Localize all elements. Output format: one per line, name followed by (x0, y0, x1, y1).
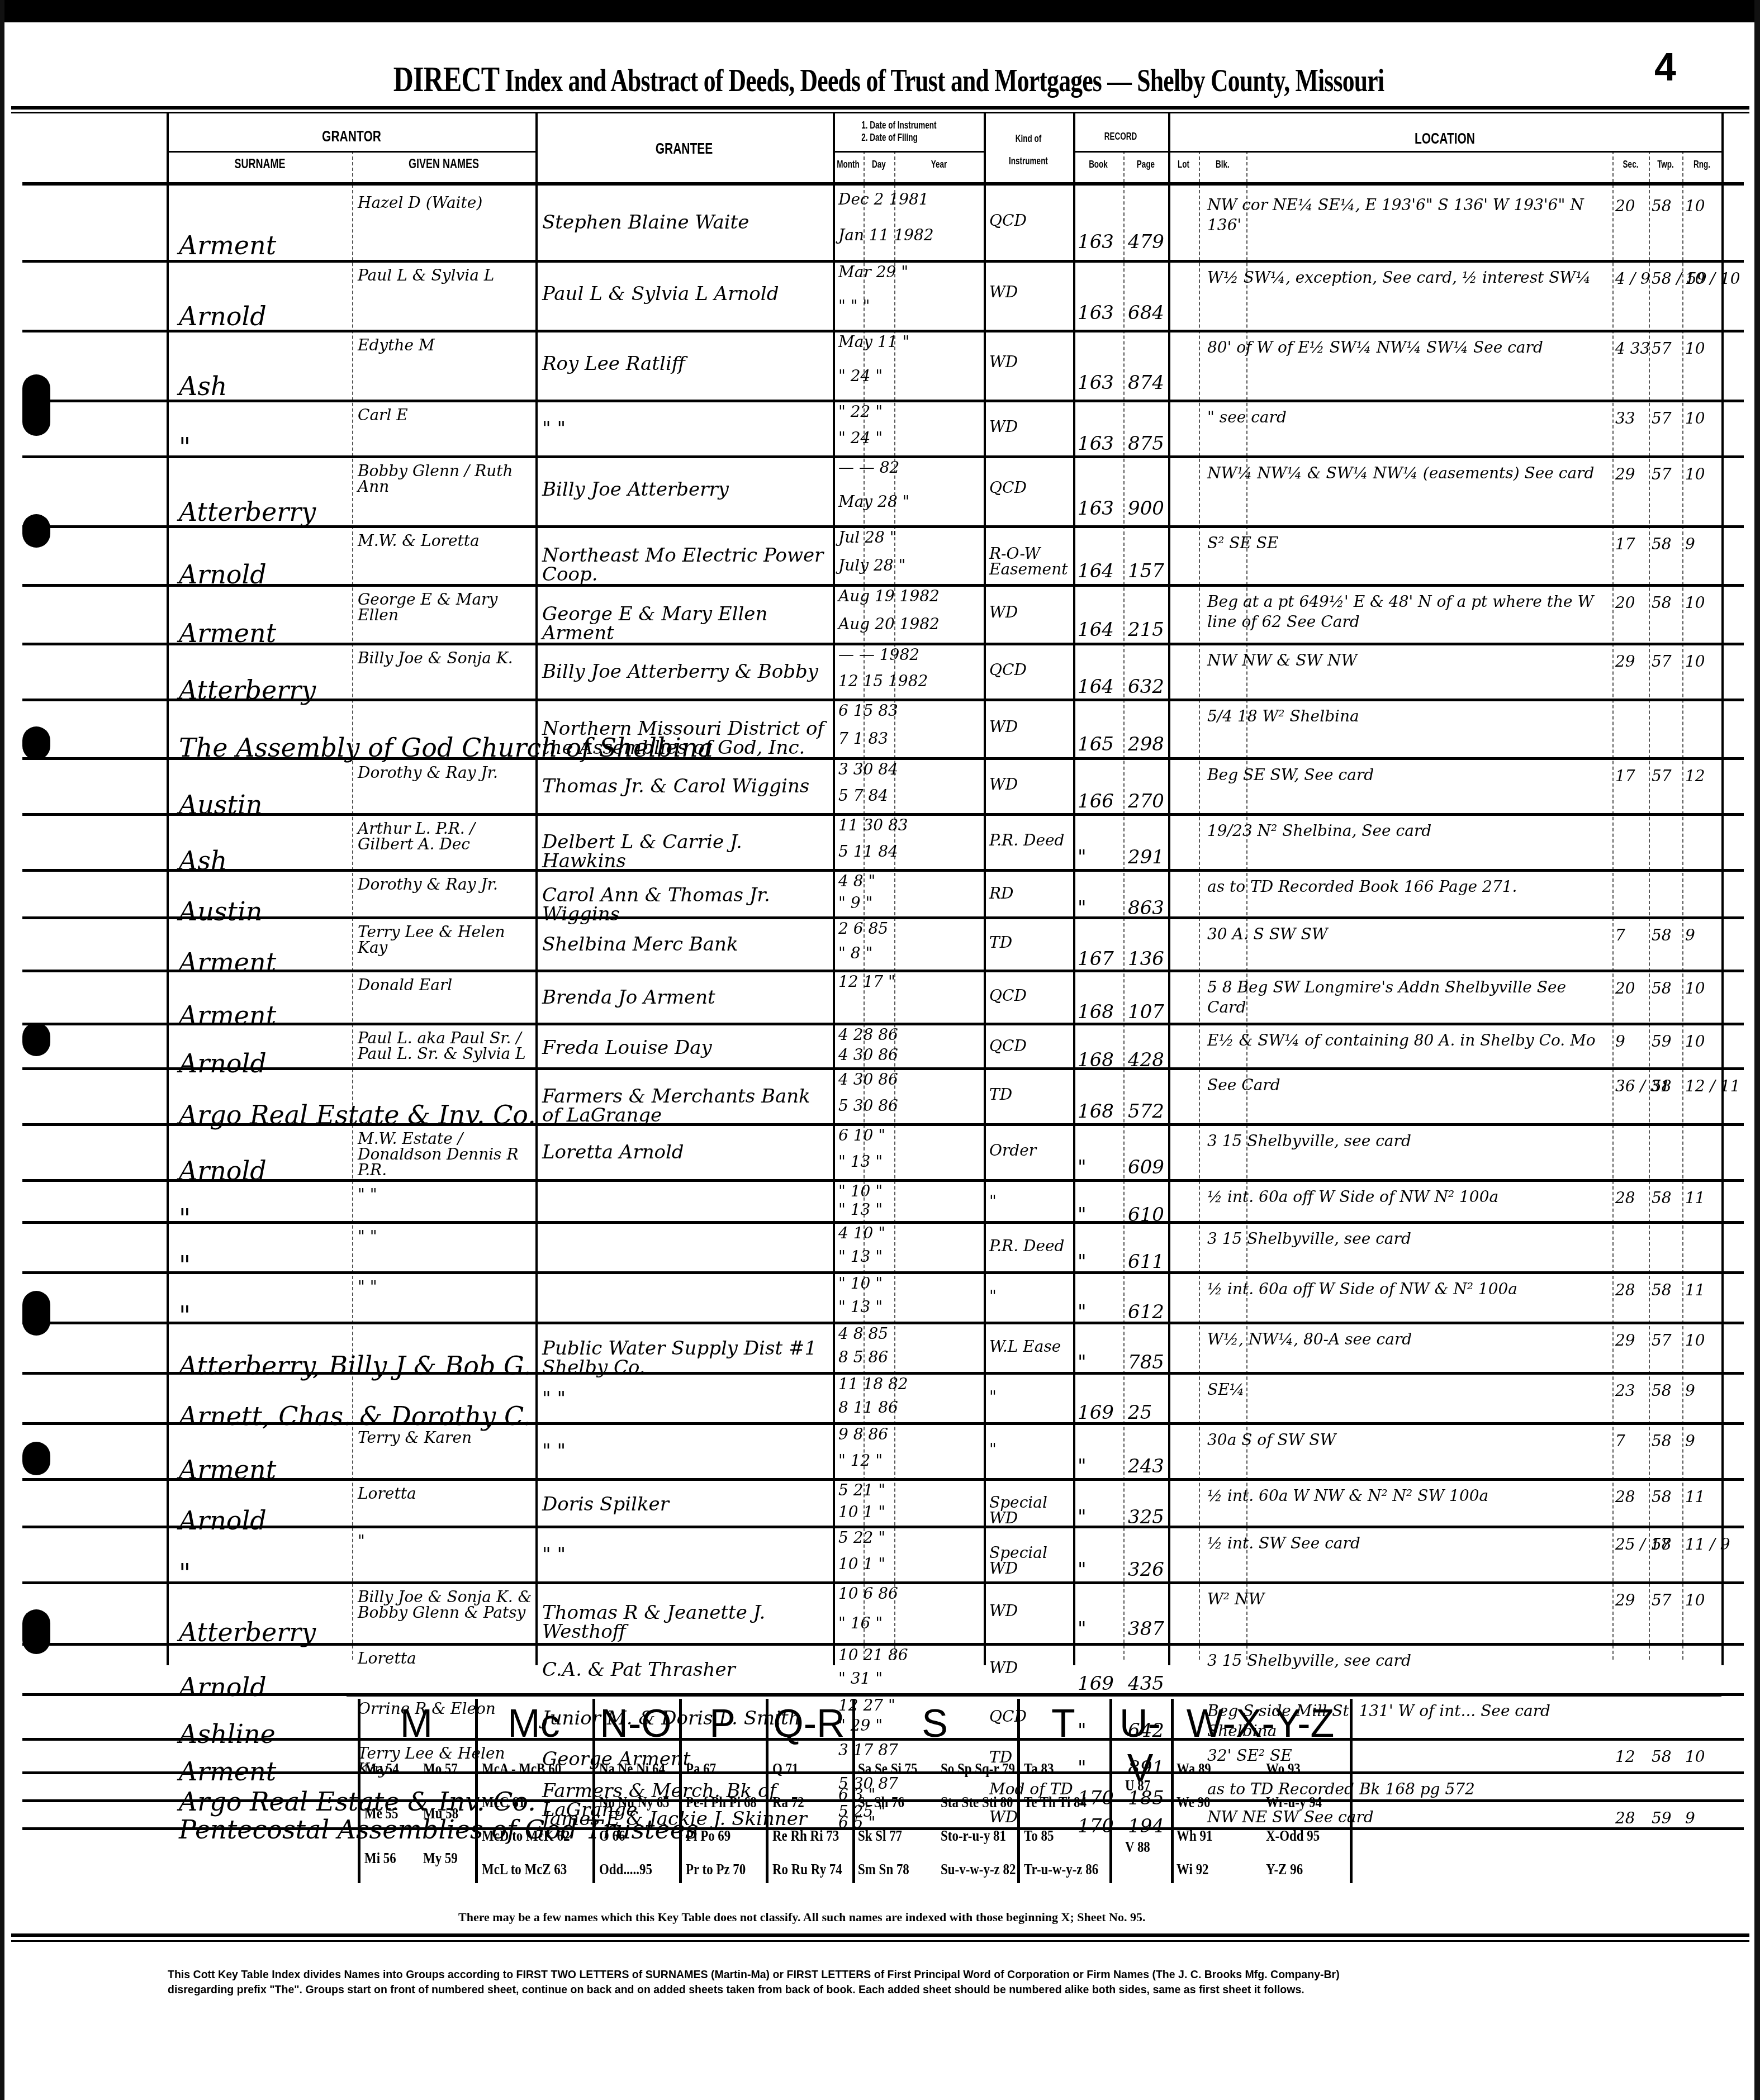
deed-index-page: DIRECT Index and Abstract of Deeds, Deed… (0, 0, 1760, 2100)
binder-hole (22, 1023, 50, 1056)
col-divider-book-page (1123, 151, 1125, 1660)
record-book: 168 (1078, 1102, 1114, 1121)
kind-of-instrument: QCD (989, 662, 1027, 678)
record-book: 169 (1078, 1674, 1114, 1693)
kind-of-instrument: Special WD (989, 1495, 1073, 1526)
grantor-surname: Arnold (179, 1051, 267, 1076)
grantee: " " (542, 419, 566, 438)
grantor-surname: Ash (179, 373, 227, 399)
col-divider-surname-given (352, 151, 353, 1660)
title-direct: DIRECT (393, 59, 499, 99)
record-book: 167 (1078, 949, 1114, 968)
grantee: Northeast Mo Electric Power Coop. (542, 546, 830, 584)
record-page: 326 (1128, 1560, 1164, 1579)
date-of-instrument: Aug 19 1982 (838, 588, 940, 604)
location-section: 20 (1615, 981, 1635, 996)
date-of-instrument: Jul 28 " (838, 530, 897, 545)
location-description: S² SE SE (1207, 533, 1278, 553)
kind-of-instrument: WD (989, 354, 1018, 370)
key-group-item: Mo 57 (423, 1760, 458, 1778)
header-location: LOCATION (1237, 130, 1653, 148)
location-township: 58 (1652, 1282, 1672, 1298)
grantor-given-names: " " (358, 1229, 377, 1244)
grantee: Paul L & Sylvia L Arnold (542, 284, 779, 303)
grantee: Delbert L & Carrie J. Hawkins (542, 833, 830, 871)
location-township: 58 (1652, 1433, 1672, 1449)
kind-of-instrument: " (989, 1442, 997, 1457)
kind-of-instrument: W.L Ease (989, 1339, 1061, 1355)
record-book: 163 (1078, 434, 1114, 453)
header-date-instrument: 1. Date of Instrument (853, 120, 975, 131)
date-of-filing: " 8 " (838, 946, 872, 961)
grantor-given-names: " " (358, 1279, 377, 1295)
grantee: Billy Joe Atterberry & Bobby (542, 662, 818, 681)
col-divider-left (167, 112, 169, 1665)
grantor-surname: " (179, 1252, 191, 1278)
date-of-filing: 12 15 1982 (838, 673, 928, 689)
grantor-given-names: Loretta (358, 1486, 416, 1502)
kind-of-instrument: RD (989, 886, 1014, 901)
record-book: " (1078, 1619, 1087, 1638)
col-divider-grantor-grantee (535, 112, 538, 1665)
location-range: 10 (1685, 654, 1705, 669)
record-page: 325 (1128, 1508, 1164, 1527)
location-range: 11 (1685, 1190, 1705, 1206)
grantee: C.A. & Pat Thrasher (542, 1660, 736, 1679)
location-township: 58 (1652, 198, 1672, 214)
header-twp: Twp. (1653, 159, 1678, 170)
location-township: 57 (1652, 1593, 1672, 1608)
location-range: 10 (1685, 1333, 1705, 1348)
key-group-item: Wi 92 (1177, 1861, 1209, 1878)
location-range: 11 (1685, 1282, 1705, 1298)
key-group-item: Sa Se Si 75 (858, 1760, 918, 1778)
grantor-given-names: Terry Lee & Helen Kay (358, 924, 534, 956)
key-group-item: Sto-r-u-y 81 (941, 1827, 1006, 1845)
grantee: Roy Lee Ratliff (542, 354, 685, 373)
location-township: 57 (1652, 467, 1672, 482)
kind-of-instrument: WD (989, 284, 1018, 300)
row-rule (22, 400, 1744, 402)
date-of-filing: " 13 " (838, 1299, 883, 1315)
col-divider-desc-sec (1612, 151, 1614, 1660)
date-of-instrument: Mar 29 " (838, 264, 908, 280)
location-range: 10 (1685, 981, 1705, 996)
location-description: 5 8 Beg SW Longmire's Addn Shelbyville S… (1207, 977, 1610, 1018)
record-book: " (1078, 1457, 1087, 1476)
key-group-heading: M (358, 1701, 475, 1746)
date-of-filing: " 24 " (838, 368, 883, 384)
location-description: ½ int. 60a off W Side of NW & N² 100a (1207, 1279, 1517, 1299)
grantee: Loretta Arnold (542, 1143, 684, 1162)
key-group-item: Pe-f Ph Pi 68 (686, 1794, 757, 1811)
grantor-given-names: Paul L & Sylvia L (358, 268, 494, 283)
kind-of-instrument: Special WD (989, 1545, 1073, 1576)
record-page: 684 (1128, 303, 1164, 322)
header-year: Year (905, 159, 972, 170)
location-township: 57 (1652, 341, 1672, 357)
location-range: 9 (1685, 1383, 1695, 1399)
col-divider-grantee-date (833, 112, 835, 1665)
grantee: George E & Mary Ellen Arment (542, 605, 830, 643)
grantee: " " (542, 1545, 566, 1564)
location-section: 28 (1615, 1489, 1635, 1505)
grantee: Shelbina Merc Bank (542, 935, 738, 954)
row-rule (22, 1179, 1744, 1182)
col-divider-record-location (1168, 112, 1170, 1665)
record-page: 612 (1128, 1303, 1164, 1322)
key-group-item: Sk Sl 77 (858, 1827, 902, 1845)
record-book: " (1078, 1158, 1087, 1177)
location-description: 80' of W of E½ SW¼ NW¼ SW¼ See card (1207, 338, 1543, 358)
location-description: E½ & SW¼ of containing 80 A. in Shelby C… (1207, 1030, 1596, 1051)
kind-of-instrument: WD (989, 1660, 1018, 1676)
grantor-given-names: Billy Joe & Sonja K. & Bobby Glenn & Pat… (358, 1589, 534, 1621)
grantor-surname: Ashline (179, 1721, 276, 1747)
location-range: 11 (1685, 1489, 1705, 1505)
grantor-given-names: Paul L. aka Paul Sr. / Paul L. Sr. & Syl… (358, 1030, 534, 1062)
grantor-surname: Arnold (179, 303, 267, 329)
binder-hole (22, 374, 50, 436)
col-divider-right (1721, 112, 1724, 1665)
date-of-instrument: 4 8 " (838, 873, 875, 889)
date-of-instrument: 4 30 86 (838, 1072, 898, 1087)
key-group-item: Pr to Pz 70 (686, 1861, 746, 1878)
grantee: Brenda Jo Arment (542, 988, 715, 1007)
col-divider-date-kind (984, 112, 986, 1665)
grantee: Thomas Jr. & Carol Wiggins (542, 777, 809, 796)
date-of-filing: Jan 11 1982 (838, 227, 934, 243)
location-range: 10 (1685, 1034, 1705, 1049)
date-of-filing: 8 5 86 (838, 1350, 888, 1365)
date-of-filing: " 12 " (838, 1453, 883, 1469)
grantor-given-names: Edythe M (358, 338, 435, 353)
header-grantee: GRANTEE (573, 140, 796, 158)
kind-of-instrument: TD (989, 1087, 1012, 1103)
location-township: 59 (1652, 1034, 1672, 1049)
header-rule-top-2 (11, 112, 1749, 113)
grantee: Freda Louise Day (542, 1038, 712, 1057)
grantee: Doris Spilker (542, 1495, 669, 1514)
location-description: 30 A. S SW SW (1207, 924, 1327, 944)
binder-hole (22, 1609, 50, 1654)
record-book: " (1078, 1252, 1087, 1271)
key-group-item: No Nu Ny 65 (599, 1794, 670, 1811)
grantor-sub-rule (168, 151, 535, 153)
location-township: 57 (1652, 411, 1672, 426)
date-of-instrument: 5 22 " (838, 1530, 885, 1546)
record-page: 298 (1128, 735, 1164, 754)
header-kind-of: Kind of (995, 133, 1062, 145)
record-sub-rule (1073, 151, 1168, 153)
record-page: 874 (1128, 373, 1164, 392)
date-of-filing: 10 1 " (838, 1504, 885, 1520)
location-description: W½ SW¼, exception, See card, ½ interest … (1207, 268, 1591, 288)
grantor-given-names: Bobby Glenn / Ruth Ann (358, 463, 534, 495)
date-of-filing: 5 30 86 (838, 1098, 898, 1114)
key-group-item: Mu 58 (423, 1805, 458, 1822)
location-description: " see card (1207, 407, 1287, 427)
location-section: 23 (1615, 1383, 1635, 1399)
grantee: Farmers & Merchants Bank of LaGrange (542, 1087, 830, 1125)
kind-of-instrument: QCD (989, 480, 1027, 496)
grantee: " " (542, 1442, 566, 1461)
key-group-heading: N-O (592, 1701, 679, 1746)
key-group-heading: T (1017, 1701, 1109, 1746)
grantor-given-names: Terry & Karen (358, 1430, 472, 1446)
date-of-instrument: 10 21 86 (838, 1647, 908, 1663)
header-book: Book (1079, 159, 1117, 170)
key-group-item: My 59 (423, 1850, 458, 1867)
date-of-filing: " 13 " (838, 1202, 883, 1218)
grantor-surname: Arnold (179, 1508, 267, 1533)
key-group-item: Su-v-w-y-z 82 (941, 1861, 1016, 1878)
location-section: 17 (1615, 768, 1635, 784)
location-section: 7 (1615, 928, 1625, 943)
location-description: 3 15 Shelbyville, see card (1207, 1229, 1411, 1249)
grantor-surname: Arnold (179, 1674, 267, 1700)
key-group-item: Te Th Ti 84 (1024, 1794, 1087, 1811)
header-instrument: Instrument (995, 155, 1062, 167)
kind-of-instrument: QCD (989, 1038, 1027, 1054)
date-of-filing: 5 7 84 (838, 788, 888, 804)
date-of-instrument: 6 10 " (838, 1128, 885, 1143)
key-group-item: Pl Po 69 (686, 1827, 730, 1845)
location-township: 58 (1652, 595, 1672, 611)
record-book: " (1078, 1303, 1087, 1322)
grantor-given-names: " (358, 1533, 365, 1549)
key-group-item: McD to McK 62 (482, 1827, 570, 1845)
location-sub-rule (1168, 151, 1721, 153)
location-township: 58 (1652, 928, 1672, 943)
grantor-surname: Atterberry, Billy J & Bob G. (179, 1353, 532, 1379)
location-township: 59 (1652, 1811, 1672, 1826)
key-group-item: V 88 (1125, 1838, 1150, 1856)
title-rest: Index and Abstract of Deeds, Deeds of Tr… (505, 64, 1384, 98)
location-section: 28 (1615, 1190, 1635, 1206)
footer-line-1: This Cott Key Table Index divides Names … (168, 1967, 1498, 1982)
date-of-filing: 8 11 86 (838, 1400, 898, 1415)
key-group-item: We 90 (1177, 1794, 1211, 1811)
location-township: 58 (1652, 1078, 1672, 1094)
date-of-instrument: Dec 2 1981 (838, 192, 929, 207)
key-table-rule-bottom-2 (11, 1940, 1749, 1942)
location-description: 5/4 18 W² Shelbina (1207, 706, 1359, 726)
location-range: 10 (1685, 467, 1705, 482)
location-township: 58 (1652, 1749, 1672, 1765)
key-group-item: Ma 54 (364, 1760, 399, 1778)
record-book: 164 (1078, 620, 1114, 639)
date-of-instrument: " 10 " (838, 1184, 883, 1199)
key-group-heading: Mc (475, 1701, 592, 1746)
location-range: 10 (1685, 341, 1705, 357)
location-description: Beg SE SW, See card (1207, 765, 1374, 785)
record-book: " (1078, 1508, 1087, 1527)
header-date-filing: 2. Date of Filing (853, 132, 975, 144)
key-group-item: McA - McB 60 (482, 1760, 561, 1778)
location-township: 57 (1652, 654, 1672, 669)
record-book: 164 (1078, 562, 1114, 581)
location-township: 58 (1652, 1190, 1672, 1206)
key-table: MMa 54Me 55Mi 56Mo 57Mu 58My 59McMcA - M… (358, 1699, 1414, 1900)
location-section: 33 (1615, 411, 1635, 426)
location-section: 29 (1615, 467, 1635, 482)
header-month: Month (837, 159, 860, 170)
kind-of-instrument: " (989, 1389, 997, 1405)
location-range: 9 (1685, 1811, 1695, 1826)
header-given-names: GIVEN NAMES (375, 156, 513, 172)
record-page: 863 (1128, 899, 1164, 918)
location-township: 58 (1652, 536, 1672, 552)
kind-of-instrument: " (989, 1194, 997, 1209)
header-blk: Blk. (1205, 159, 1241, 170)
date-of-filing: 7 1 83 (838, 731, 888, 747)
record-page: 243 (1128, 1457, 1164, 1476)
key-group-item: Pa 67 (686, 1760, 716, 1778)
key-group-item: X-Odd 95 (1266, 1827, 1320, 1845)
key-group-item: Mi 56 (364, 1850, 396, 1867)
date-of-filing: " 13 " (838, 1249, 883, 1265)
location-description: NW cor NE¼ SE¼, E 193'6" S 136' W 193'6"… (1207, 195, 1610, 236)
key-group-item: To 85 (1024, 1827, 1054, 1845)
col-divider-kind-record (1073, 112, 1075, 1665)
record-book: " (1078, 1560, 1087, 1579)
grantee: " " (542, 1389, 566, 1408)
grantor-given-names: Billy Joe & Sonja K. (358, 650, 513, 666)
grantee: Northern Missouri District of the Assemb… (542, 719, 830, 757)
kind-of-instrument: WD (989, 1603, 1018, 1619)
grantee: Stephen Blaine Waite (542, 213, 749, 232)
date-of-filing: 4 30 86 (838, 1047, 898, 1063)
kind-of-instrument: P.R. Deed (989, 833, 1064, 848)
date-of-filing: " 13 " (838, 1154, 883, 1170)
header-page: Page (1129, 159, 1163, 170)
footer-line-2: disregarding prefix "The". Groups start … (168, 1982, 1498, 1997)
date-of-instrument: 11 30 83 (838, 818, 908, 833)
grantor-given-names: Loretta (358, 1651, 416, 1666)
date-of-filing: " 24 " (838, 430, 883, 446)
key-group-item: Sta Ste Sti 80 (941, 1794, 1013, 1811)
date-of-instrument: 4 10 " (838, 1225, 885, 1241)
grantor-given-names: George E & Mary Ellen (358, 592, 534, 623)
header-record: RECORD (1085, 131, 1156, 142)
key-group-item: Me 55 (364, 1805, 399, 1822)
location-description: W½, NW¼, 80-A see card (1207, 1329, 1412, 1350)
location-range: 9 (1685, 536, 1695, 552)
date-of-filing: May 28 " (838, 494, 910, 510)
grantor-surname: Austin (179, 899, 262, 924)
record-book: " (1078, 899, 1087, 918)
record-page: 479 (1128, 232, 1164, 251)
grantor-given-names: " " (358, 1187, 377, 1203)
location-range: 12 / 11 (1685, 1078, 1740, 1094)
key-group-item: McL to McZ 63 (482, 1861, 567, 1878)
location-section: 20 (1615, 595, 1635, 611)
binder-hole (22, 1442, 50, 1475)
location-township: 57 (1652, 768, 1672, 784)
key-group-heading: P (679, 1701, 766, 1746)
key-group-item: Y-Z 96 (1266, 1861, 1303, 1878)
key-group-item: O 66 (599, 1827, 625, 1845)
record-page: 632 (1128, 677, 1164, 696)
record-page: 785 (1128, 1353, 1164, 1372)
date-sub-rule (833, 151, 984, 153)
record-book: 166 (1078, 792, 1114, 811)
grantor-given-names: M.W. Estate / Donaldson Dennis R P.R. (358, 1131, 534, 1178)
header-rule-top (11, 106, 1749, 110)
location-description: NW NW & SW NW (1207, 650, 1357, 671)
grantor-given-names: Donald Earl (358, 977, 452, 993)
key-group-item: Sc Sh 76 (858, 1794, 904, 1811)
key-group-item: Wo 93 (1266, 1760, 1301, 1778)
date-of-instrument: 12 17 " (838, 974, 895, 990)
record-page: 291 (1128, 848, 1164, 867)
record-page: 611 (1128, 1252, 1164, 1271)
date-of-filing: " 9 " (838, 895, 872, 911)
location-township: 58 (1652, 1489, 1672, 1505)
key-group-item: Na Ne Ni 64 (599, 1760, 665, 1778)
kind-of-instrument: WD (989, 605, 1018, 620)
binder-hole (22, 1291, 50, 1336)
key-group-item: Odd.....95 (599, 1861, 652, 1878)
header-lot: Lot (1172, 159, 1195, 170)
binder-hole (22, 726, 50, 760)
row-rule (22, 1271, 1744, 1274)
key-group-item: Tr-u-w-y-z 86 (1024, 1861, 1098, 1878)
date-of-instrument: " 10 " (838, 1276, 883, 1291)
location-township: 58 (1652, 1537, 1672, 1552)
record-page: 215 (1128, 620, 1164, 639)
kind-of-instrument: QCD (989, 988, 1027, 1004)
date-of-instrument: 2 6 85 (838, 921, 888, 937)
kind-of-instrument: " (989, 1289, 997, 1304)
key-table-note: There may be a few names which this Key … (458, 1910, 1145, 1925)
grantor-given-names: Hazel D (Waite) (358, 195, 482, 211)
record-page: 107 (1128, 1003, 1164, 1022)
location-section: 29 (1615, 654, 1635, 669)
date-of-instrument: 5 21 " (838, 1483, 885, 1498)
date-of-filing: " 16 " (838, 1616, 883, 1631)
grantor-surname: Arment (179, 232, 276, 258)
grantor-given-names: Arthur L. P.R. / Gilbert A. Dec (358, 821, 534, 852)
location-description: 30a S of SW SW (1207, 1430, 1336, 1450)
kind-of-instrument: R-O-W Easement (989, 546, 1073, 577)
col-divider-day-year (894, 151, 895, 1660)
date-of-instrument: 9 8 86 (838, 1427, 888, 1442)
date-of-filing: 10 1 " (838, 1556, 885, 1572)
header-sec: Sec. (1617, 159, 1644, 170)
location-township: 58 (1652, 981, 1672, 996)
location-township: 57 (1652, 1333, 1672, 1348)
binder-hole (22, 514, 50, 548)
location-description: Beg at a pt 649½' E & 48' N of a pt wher… (1207, 592, 1610, 633)
key-table-rule-top (347, 1693, 1721, 1697)
location-range: 11 / 9 (1685, 1537, 1730, 1552)
location-range: 10 (1685, 595, 1705, 611)
location-range: 12 (1685, 768, 1705, 784)
location-section: 29 (1615, 1333, 1635, 1348)
grantor-surname: " (179, 1303, 191, 1328)
grantor-given-names: Dorothy & Ray Jr. (358, 765, 498, 781)
grantee: Billy Joe Atterberry (542, 480, 729, 499)
grantee: Public Water Supply Dist #1 Shelby Co. (542, 1339, 830, 1377)
date-of-filing: " 31 " (838, 1671, 883, 1686)
location-range: 9 (1685, 928, 1695, 943)
date-of-instrument: 10 6 86 (838, 1586, 898, 1602)
date-of-filing: " " " (838, 298, 870, 314)
location-range: 9 (1685, 1433, 1695, 1449)
location-section: 4 / 9 (1615, 271, 1650, 287)
